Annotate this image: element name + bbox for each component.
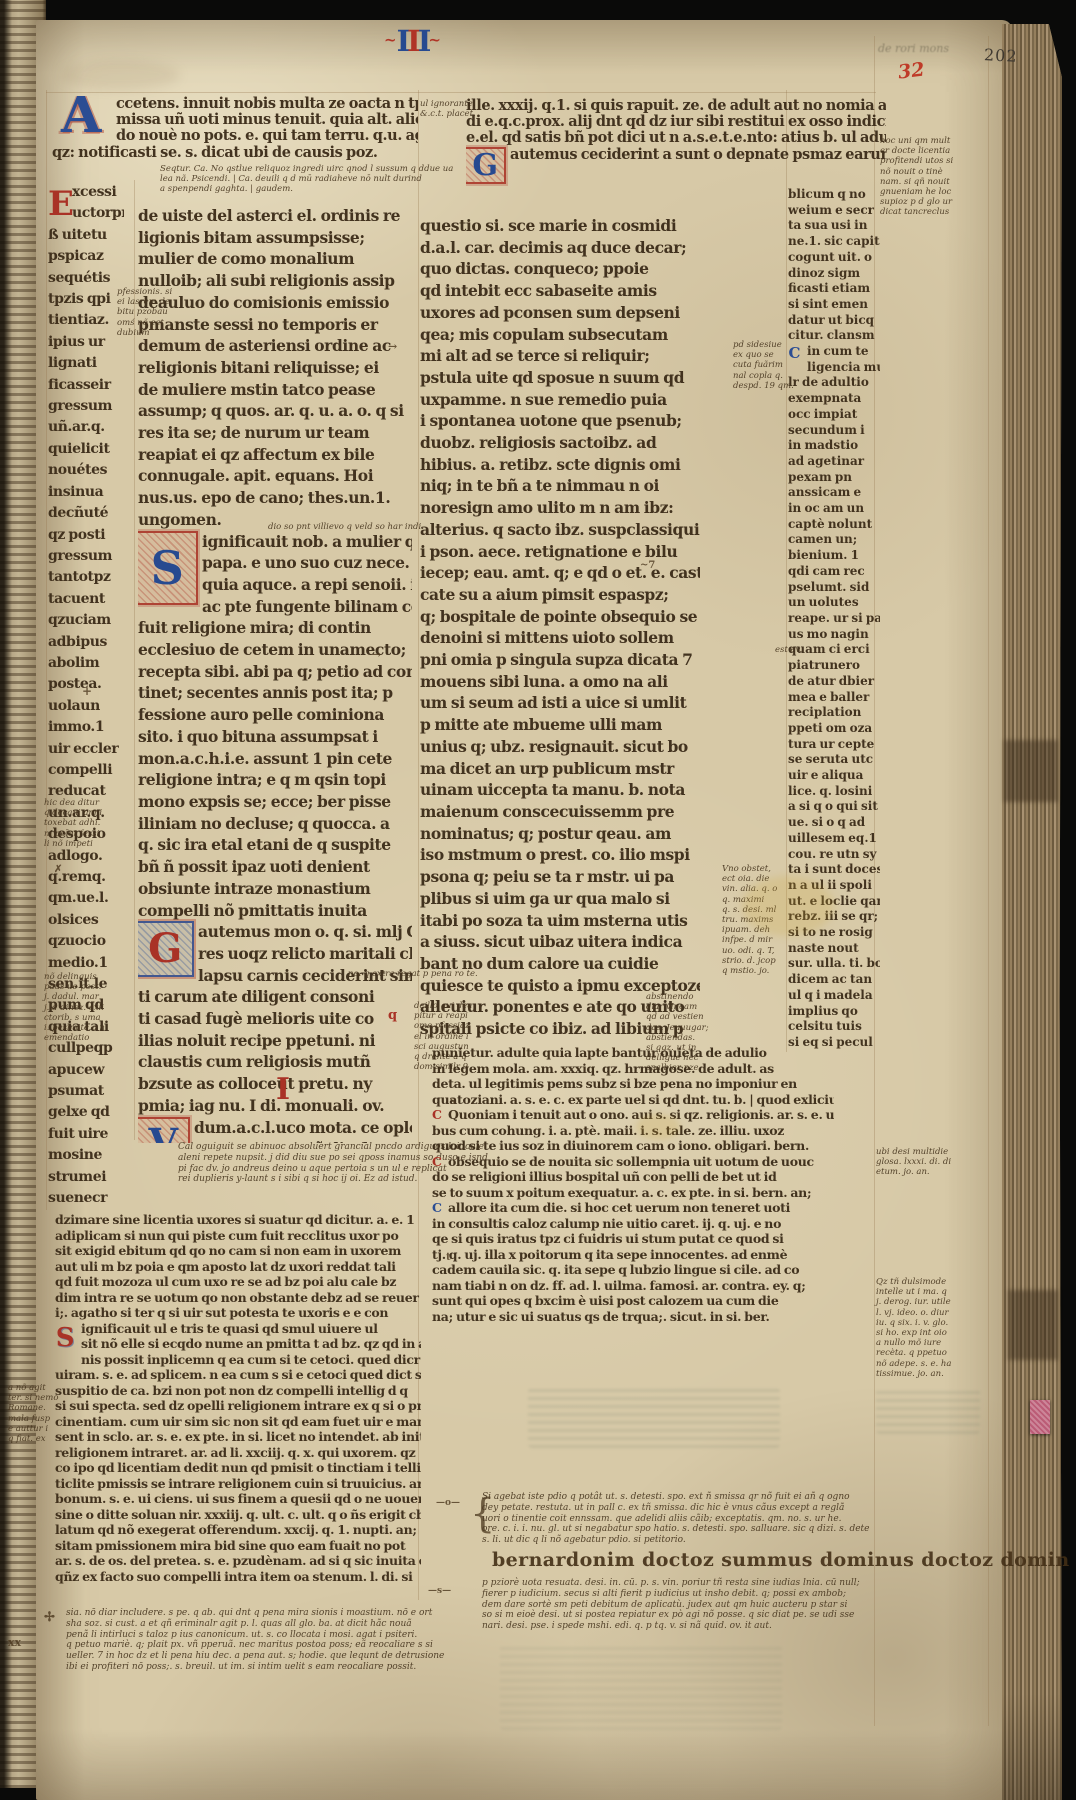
text-line: olsices — [48, 910, 124, 931]
text-line: tj. q. uj. illa x poitorum q ita sepe in… — [432, 1247, 834, 1263]
margin-mark: xx — [8, 1636, 21, 1649]
text-line: se seruta utc — [788, 752, 880, 768]
marginal-note-top-right: hoc uni qm multer docte licentiaprofiten… — [880, 136, 964, 218]
text-line: pmia; iag nu. I di. monuali. ov. — [138, 1095, 412, 1117]
text-line: tru. maxims — [722, 915, 786, 925]
text-line: nam. si qñ nouit — [880, 177, 964, 187]
text-line: in oc am un — [788, 501, 880, 517]
text-line: profitendi utos si — [880, 156, 964, 166]
text-line: nal copla q. — [733, 371, 789, 381]
text-line: qd ad vestien — [646, 1012, 708, 1022]
text-line: q mstio. jo. — [722, 966, 786, 976]
illuminated-initial-C: C — [788, 346, 801, 361]
text-line: qe si quis iratus tpz ci fuidris ui stum… — [432, 1231, 834, 1247]
text-line: uxpamme. n sue remedio puia — [420, 389, 700, 411]
text-line: pi fac dv. jo andreus deino u aque perto… — [178, 1164, 424, 1175]
text-line: q; bospitale de pointe obsequio se — [420, 606, 700, 628]
text-line: hic dea ditur — [44, 798, 114, 808]
heading-numeral: I — [418, 24, 429, 58]
text-line: ipius ur — [48, 332, 124, 353]
text-line: p mitte ate mbueme ulli mam — [420, 714, 700, 736]
text-line: omś nõ ect — [117, 318, 179, 328]
text-line: i. pesimite o n — [44, 1023, 114, 1033]
text-line: na; utur e sic ui suatus qs de trqua;. s… — [432, 1309, 834, 1325]
text-line: e auttur i — [8, 1424, 60, 1434]
text-line: dubium — [117, 328, 179, 338]
text-line: ue. si o q ad — [788, 815, 880, 831]
text-line: sitam pmissionem mira bid sine quo eam f… — [55, 1538, 421, 1554]
text-line: decñuté — [48, 503, 124, 524]
margin-mark: I — [276, 1072, 290, 1107]
text-line: anssicam e — [788, 485, 880, 501]
text-line: pd sidesiue — [733, 340, 789, 350]
text-line: deauluo do comisionis emissio — [138, 292, 412, 314]
text-line: ome pfessiaz — [414, 1021, 476, 1031]
text-line: er docte licentia — [880, 146, 964, 156]
text-line: sent in sclo. ar. s. e. ex pte. in si. l… — [55, 1429, 421, 1445]
commentary-block-bottom-left: dzimare sine licentia uxores si suatur q… — [55, 1212, 421, 1602]
margin-mark: → — [388, 340, 397, 353]
text-line: do se religioni illius bospital uñ con p… — [432, 1169, 834, 1185]
text-line: noresign amo ulito m n am ibz: — [420, 497, 700, 519]
margin-mark: s — [450, 1096, 456, 1107]
text-line: etum. jo. an. — [876, 1167, 962, 1177]
text-line: j. d dinez. exli — [44, 1003, 114, 1013]
text-line: penã li intirluci s taloz p ius canonicu… — [66, 1630, 428, 1641]
text-line: sur. ulla. ti. bo — [788, 956, 880, 972]
text-line: bñ ñ possit ipaz uoti denient — [138, 856, 412, 878]
text-line: gnueniam he loc — [880, 187, 964, 197]
text-line: e.el. qd satis bñ pot dici ut n a.s.e.t.… — [466, 130, 886, 146]
text-line: iliniam no decluse; q quocca. a — [138, 813, 412, 835]
text-line: intelle ut i ma. q — [876, 1287, 962, 1297]
text-line: ille. xxxij. q.1. si quis rapuit. ze. de… — [466, 98, 886, 114]
text-line: in legem mola. am. xxxiq. qz. hrmagose. … — [432, 1061, 834, 1077]
text-line: dicat tancreclus — [880, 207, 964, 217]
ink-bleed-through — [876, 1386, 980, 1434]
text-line: d.a.l. car. decimis aq duce decar; — [420, 237, 700, 259]
text-line: ti casad fugè melioris uite co — [138, 1008, 412, 1030]
text-line: secundum i — [788, 423, 880, 439]
cursive-note-bottom-left: sia. nō diar includere. s pe. q ab. qui … — [66, 1608, 428, 1673]
text-line: reape. ur si pa — [788, 611, 880, 627]
text-line: no. q extra regat p pena ro te. — [348, 969, 488, 979]
text-line: qm.ue.l. — [48, 888, 124, 909]
text-line: cuta fuãrim — [733, 360, 789, 370]
text-line: l. vj. ideo. o. diur — [876, 1308, 962, 1318]
text-line: i spontanea uotone que psenub; — [420, 410, 700, 432]
text-line: bitu pzobau — [117, 307, 179, 317]
text-line: ta i sunt doces — [788, 862, 880, 878]
text-line: quod si te ius soz in diuinorem cam o io… — [432, 1138, 834, 1154]
text-line: ti carum ate diligent consoni — [138, 986, 412, 1008]
margin-mark: ✗ — [54, 864, 62, 875]
text-line: gressum — [48, 396, 124, 417]
text-line: in cum te — [788, 344, 880, 360]
text-line: ma dicet an urp publicum mstr — [420, 758, 700, 780]
margin-mark: —s— — [428, 1586, 451, 1596]
ink-bleed-through — [500, 1644, 782, 1730]
text-line: dem dare sortè sm peti debitum de aplica… — [482, 1600, 864, 1611]
text-line: occ impiat — [788, 407, 880, 423]
text-line: weium e secr — [788, 203, 880, 219]
text-line: q decani anni — [44, 808, 114, 818]
text-line: demum de asteriensi ordine ac — [138, 335, 412, 357]
illuminated-initial-V: V — [138, 1119, 188, 1143]
text-line: ul ignorante. — [420, 99, 468, 109]
text-line: psumat — [48, 1081, 124, 1102]
marginal-note-center-top: ul ignorante.&.c.t. placet. — [420, 99, 468, 119]
text-line: tpzis qpi — [48, 289, 124, 310]
text-line: adbipus — [48, 632, 124, 653]
folio-number-red: 32 — [897, 58, 926, 83]
margin-mark: ✢ — [44, 1610, 55, 1625]
heading-numeral: I — [407, 24, 418, 58]
text-line: dey petate. restuta. ut in pall c. ex tñ… — [482, 1503, 856, 1514]
text-line: quatoziani. a. s. e. c. ex parte uel si … — [432, 1092, 834, 1108]
text-line: religionis bitani reliquisse; ei — [138, 357, 412, 379]
paragraph-mark: C — [432, 1200, 445, 1216]
text-line: despd. 19 qm. — [733, 381, 789, 391]
text-line: denoini si mittens uioto sollem — [420, 627, 700, 649]
text-line: uñ.ar.q. — [48, 417, 124, 438]
rubric-note: Seqtur. Ca. No qstlue reliquoz ingredi u… — [160, 164, 412, 195]
text-line: de uiste del asterci el. ordinis re — [138, 205, 412, 227]
text-line: cadem cauila sic. q. ita sepe q lubzio l… — [432, 1262, 834, 1278]
folio-number-ink: 202 — [984, 45, 1018, 66]
text-line: naste nout — [788, 941, 880, 957]
text-line: pselumt. sid — [788, 580, 880, 596]
text-line: piatrunero — [788, 658, 880, 674]
text-line: apucew — [48, 1060, 124, 1081]
marginal-note-left-edge: a nõ agitter. si nemoRomane.mala fuspe a… — [8, 1383, 60, 1444]
marginal-note-left-3: nõ delinquispaus ue post.j. dadul. marj.… — [44, 972, 114, 1043]
text-line: Romane. — [8, 1403, 60, 1413]
text-line: tura ur cepte — [788, 737, 880, 753]
text-line: adiplicam si nun qui piste cum fuit recc… — [55, 1228, 421, 1244]
text-line: de atur dbier — [788, 674, 880, 690]
illuminated-initial-A: A — [52, 98, 110, 132]
text-line: nis possit inplicemn q ea cum si te ceto… — [55, 1352, 421, 1368]
text-line: a spenpendi gaghta. | gaudem. — [160, 184, 412, 194]
text-line: tientiaz. — [48, 310, 124, 331]
text-line: qd fuit mozoza ul cum uxo re se ad bz po… — [55, 1274, 421, 1290]
text-line: supioz p d glo ur — [880, 197, 964, 207]
text-line: compelli nõ pmittatis inuita — [138, 900, 412, 922]
faded-inscription: de rori mons — [878, 42, 949, 55]
text-line: vin. alia. q. o — [722, 884, 786, 894]
text-line: fessione auro pelle cominiona — [138, 704, 412, 726]
text-line: um si seum ad isti a uice si umlit — [420, 692, 700, 714]
text-line: qzuocio — [48, 931, 124, 952]
text-line: di e.q.c.prox. alij dnt qd dz iur sibi r… — [466, 114, 886, 130]
text-line: de muliere mstin tatco pease — [138, 379, 412, 401]
text-line: mea e baller — [788, 690, 880, 706]
text-line: dinoz sigm — [788, 266, 880, 282]
text-line: pni omia p singula supza dicata 7 — [420, 649, 700, 671]
text-line: hibius. a. retibz. scte dignis omi — [420, 454, 700, 476]
text-line: strumei — [48, 1167, 124, 1188]
text-line: implius qo — [788, 1004, 880, 1020]
text-line: toxebat adhi. — [44, 818, 114, 828]
text-line: tissimue. jo. an. — [876, 1369, 962, 1379]
text-line: lr de adultio — [788, 375, 880, 391]
text-line: Seqtur. Ca. No qstlue reliquoz ingredi u… — [160, 164, 412, 174]
text-line: ni poīnt fessi — [44, 829, 114, 839]
text-line: Cal oguiguit se abinuoc absoluert granci… — [178, 1142, 424, 1153]
text-line: qñz ex facto suo compelli intra item oa … — [55, 1569, 421, 1585]
text-line: cou. re utn sy — [788, 847, 880, 863]
text-line: recèta. q ppetuo — [876, 1348, 962, 1358]
text-line: fuit uire — [48, 1124, 124, 1145]
text-line: ligionis bitam assumpsisse; — [138, 227, 412, 249]
text-line: bus cum cohung. i. a. ptè. maii. i. s. t… — [432, 1123, 834, 1139]
text-line: j. dadul. mar — [44, 992, 114, 1002]
display-script-heading: bernardonim doctoz summus dominus doctoz… — [492, 1549, 1070, 1571]
text-line: emendatio — [44, 1033, 114, 1043]
text-line: ficasseir — [48, 375, 124, 396]
margin-mark: ~7 — [640, 560, 655, 571]
text-line: mulier de como monalium — [138, 248, 412, 270]
text-line: latum qd nõ exegerat offerendum. xxcij. … — [55, 1522, 421, 1538]
text-line: quo dictas. conqueco; ppoie — [420, 258, 700, 280]
text-line: religione intra; e q m qsin topi — [138, 769, 412, 791]
main-text-opening-right: ille. xxxij. q.1. si quis rapuit. ze. de… — [466, 98, 886, 186]
text-line: ex quo se — [733, 350, 789, 360]
text-line: insinua — [48, 482, 124, 503]
text-line: mon.a.c.h.i.e. assunt 1 pin cete — [138, 748, 412, 770]
text-line: sia. nō diar includere. s pe. q ab. qui … — [66, 1608, 428, 1619]
text-line: citur. clansm — [788, 328, 880, 344]
text-line: ut. e loclie qam — [788, 894, 880, 910]
heading-flourish: ~ — [384, 31, 397, 49]
marginal-note-left-2: hic dea diturq decani annitoxebat adhi.n… — [44, 798, 114, 849]
gutter-note-1: no. q extra regat p pena ro te. — [348, 969, 488, 979]
text-line: un uolutes — [788, 595, 880, 611]
text-line: uinam uiccepta ta manu. b. nota — [420, 779, 700, 801]
text-line: n a ul ii spoli — [788, 878, 880, 894]
text-line: uo. odi. q. T, — [722, 946, 786, 956]
text-line: gelxe qd — [48, 1102, 124, 1123]
text-line: el in ordine i — [414, 1032, 476, 1042]
text-line: assump; q quos. ar. q. u. a. o. q si — [138, 400, 412, 422]
text-line: ter. si nemo — [8, 1393, 60, 1403]
text-line: questio si. sce marie in cosmidi — [420, 215, 700, 237]
interlinear-gloss-note: Cal oguiguit se abinuoc absoluert granci… — [178, 1142, 424, 1185]
text-line: ficasti etiam — [788, 281, 880, 297]
cursive-note-bottom-right-2: p pziorè uota resuata. desi. in. cū. p. … — [482, 1578, 864, 1632]
fore-edge-shadow — [1004, 740, 1058, 802]
ink-bleed-through — [528, 1388, 780, 1448]
marginal-note-tiny: est ev. — [775, 645, 815, 655]
text-line: iu. q six. i. v. glo. — [876, 1318, 962, 1328]
text-line: dim intra re se uotum qo non obstante de… — [55, 1290, 421, 1306]
text-line: q. s. desi. ml — [722, 905, 786, 915]
text-line: uxores ad pconsen sum depseni — [420, 302, 700, 324]
text-line: lice. q. losini — [788, 784, 880, 800]
text-line: q. sic ira etal etani de q suspite — [138, 834, 412, 856]
marginal-note-left-1: pfessionis. siei lasrem debitu pzobauomś… — [117, 287, 179, 338]
text-line: recepta sibi. abi pa q; petio ad con — [138, 661, 412, 683]
text-line: bienium. 1 — [788, 548, 880, 564]
text-line: tacuent — [48, 589, 124, 610]
marginal-note-mid-right: Vno obstet,ect oia. dievin. alia. q. oq.… — [722, 864, 786, 976]
text-line: q petuo mariè. q; plait px. vñ pperuã. n… — [66, 1640, 428, 1651]
text-line: ne.1. sic capit — [788, 234, 880, 250]
manuscript-photo: { "page": { "heading_parts": [ {"t":"~",… — [0, 0, 1076, 1800]
text-line: immo.1 — [48, 717, 124, 738]
margin-mark: + — [82, 684, 92, 698]
text-line: rei duplieris y-launt s i sibi q si hoc … — [178, 1174, 424, 1185]
text-line: unius q; ubz. resignauit. sicut bo — [420, 736, 700, 758]
interlinear-note-small: dio so pnt villievo q veld so har indi. — [268, 522, 418, 532]
paragraph-mark: C — [432, 1154, 445, 1170]
margin-mark: ⇁⇁ — [164, 1058, 181, 1069]
text-line: si sint emen — [788, 297, 880, 313]
text-line: ipuam. deh — [722, 925, 786, 935]
text-line: alterius. q sacto ibz. suspclassiqui — [420, 519, 700, 541]
text-line: j. derog. iur. utile — [876, 1297, 962, 1307]
text-line: gressum — [48, 546, 124, 567]
text-line: Qz tñ dulsimode — [876, 1277, 962, 1287]
text-line: qea; mis copulam subsecutam — [420, 324, 700, 346]
text-line: abstinendo — [646, 992, 708, 1002]
text-line: tantotpz — [48, 567, 124, 588]
text-line: ect oia. die — [722, 874, 786, 884]
text-line: reciplation — [788, 705, 880, 721]
text-line: punietur. adulte quia lapte bantur ouiet… — [432, 1045, 834, 1061]
text-line: co ipo qd licentiam dedit nun qd pmisit … — [55, 1460, 421, 1476]
text-line: ilias noluit recipe ppetuni. ni — [138, 1030, 412, 1052]
text-line: nominatus; q; postur qeau. am — [420, 823, 700, 845]
main-text-opening-left: Accetens. innuit nobis multa ze oacta n … — [52, 96, 418, 166]
text-line: Vno obstet, — [722, 864, 786, 874]
text-line: nõ adepe. s. e. ha — [876, 1359, 962, 1369]
text-line: psona q; peiu se ta r mstr. ui pa — [420, 866, 700, 888]
text-line: ligencia mu — [788, 360, 880, 376]
text-line: itabi po soza ta uim msterna utis — [420, 910, 700, 932]
ruling-line — [988, 36, 989, 1726]
text-line: p pziorè uota resuata. desi. in. cū. p. … — [482, 1578, 864, 1589]
text-line: abstiendas. — [646, 1033, 708, 1043]
text-line: dio so pnt villievo q veld so har indi. — [268, 522, 418, 532]
text-line: quielicit — [48, 439, 124, 460]
text-line: celsitu tuis — [788, 1019, 880, 1035]
text-line: ore. c. i. i. nu. gl. ut si negabatur sp… — [482, 1524, 856, 1535]
text-line: mouens sibi luna. a omo na ali — [420, 671, 700, 693]
text-line: obsequio se de nouita sic sollempnia uit… — [432, 1154, 834, 1170]
text-line: compelli — [48, 760, 124, 781]
paragraph-mark: C — [432, 1107, 445, 1123]
text-line: nõ nouit o tinè — [880, 167, 964, 177]
heading-flourish: ~ — [428, 31, 441, 49]
text-line: ticlite pmissis se intrare religionem cu… — [55, 1476, 421, 1492]
text-line: sito. i quo bituna assumpsat i — [138, 726, 412, 748]
gutter-note-3: pd sidesiueex quo secuta fuãrimnal copla… — [733, 340, 789, 391]
text-line: deillo qui dea — [414, 1001, 476, 1011]
text-line: dzimare sine licentia uxores si suatur q… — [55, 1212, 421, 1228]
text-line: nõ delinquis — [44, 972, 114, 982]
text-line: us mo nagin — [788, 627, 880, 643]
text-line: niq; in te bñ a te nimmau n oi — [420, 475, 700, 497]
text-line: plibus si uim ga ur qua malo si — [420, 888, 700, 910]
text-line: das. Jeuuugar; — [646, 1023, 708, 1033]
text-line: sit exigid ebitum qd qo no cam si non ea… — [55, 1243, 421, 1259]
text-line: s. li. ut dic q li nõ agebatur pdio. si … — [482, 1535, 856, 1546]
margin-mark: q — [388, 1008, 397, 1023]
text-line: rebz. iii se qr; — [788, 909, 880, 925]
text-line: i pson. aece. retignatione e bilu — [420, 541, 700, 563]
text-line: paus ue post. — [44, 982, 114, 992]
text-line: cinentiam. cum uir sim sic non sit qd ea… — [55, 1414, 421, 1430]
text-line: ta sua usi in — [788, 218, 880, 234]
text-line: reapiat ei qz affectum ex bile — [138, 444, 412, 466]
heading-numeral: I — [397, 24, 408, 58]
text-line: bzsute as colloceut pretu. ny — [138, 1073, 412, 1095]
text-line: pstula uite qd sposue n suum qd — [420, 367, 700, 389]
text-line: nari. desi. pse. i spede mshi. edi. q. p… — [482, 1621, 864, 1632]
text-line: maienum conscecuissemm pre — [420, 801, 700, 823]
text-line: qz posti — [48, 525, 124, 546]
text-line: bonum. s. e. ui ciens. ui sus finem a qu… — [55, 1491, 421, 1507]
text-line: sequétis — [48, 268, 124, 289]
text-line: ppeti om oza — [788, 721, 880, 737]
text-line: ignificauit ul e tris te quasi qd smul u… — [55, 1321, 421, 1337]
text-line: camen un; — [788, 532, 880, 548]
text-line: religionem intraret. ar. ad li. xxciij. … — [55, 1445, 421, 1461]
text-line: sit nõ elle si ecqdo nume an pmitta t ad… — [55, 1336, 421, 1352]
margin-mark: —o— — [436, 1498, 460, 1508]
text-line: qz: notificasti se. s. dicat ubi de caus… — [52, 145, 418, 161]
text-line: li nõ impeti — [44, 839, 114, 849]
text-line: in madstio — [788, 438, 880, 454]
text-line: nouétes — [48, 460, 124, 481]
text-line: uori o tinentie coit ennssam. que adelid… — [482, 1514, 856, 1525]
text-line: res ita se; de nurum ur team — [138, 422, 412, 444]
text-line: abolim — [48, 653, 124, 674]
illuminated-initial-G: G — [138, 923, 192, 975]
margin-mark: t — [446, 1252, 451, 1263]
text-line: pspicaz — [48, 246, 124, 267]
text-line: tinet; secentes annis post ita; p — [138, 682, 412, 704]
text-line: se to suum x poitum exequatur. a. c. ex … — [432, 1185, 834, 1201]
text-line: a siuss. sicut uibaz uitera indica — [420, 931, 700, 953]
text-line: qdi cam rec — [788, 564, 880, 580]
text-line: pfessionis. si — [117, 287, 179, 297]
text-line: glosa. lxxxi. di. di — [876, 1157, 962, 1167]
text-line: sine o ditte soluan nir. xxxiij. q. ult.… — [55, 1507, 421, 1523]
text-line: q. maximi — [722, 895, 786, 905]
text-line: autemus ceciderint a sunt o depnate psma… — [466, 147, 886, 163]
text-line: aleni repete nupsit. j did diu sue po se… — [178, 1153, 424, 1164]
text-line: qd intebit ecc sabaseite amis — [420, 280, 700, 302]
margin-mark: → — [372, 648, 381, 661]
text-line: nulloib; ali subi religionis assip — [138, 270, 412, 292]
text-line: suspitio de ca. bzi non pot non dz compe… — [55, 1383, 421, 1399]
main-text-column-2: questio si. sce marie in cosmidid.a.l. c… — [420, 215, 700, 1041]
text-line: mono expsis se; ecce; ber pisse — [138, 791, 412, 813]
marginal-note-right-low: ubi desi multidieglosa. lxxxi. di. dietu… — [876, 1147, 962, 1178]
ruling-line — [46, 92, 876, 93]
text-line: deta. ul legitimis pems subz si bze pena… — [432, 1076, 834, 1092]
text-line: ei lasrem de — [117, 297, 179, 307]
cursive-note-bottom-right-1: Si agebat iste pdio q potât ut. s. detes… — [482, 1492, 856, 1546]
text-line: blicum q no — [788, 187, 880, 203]
text-line: aut uli m bz poia e qm aposto lat dz uxo… — [55, 1259, 421, 1275]
text-line: ar. s. de os. del pretea. s. e. pzudènam… — [55, 1553, 421, 1569]
text-line: uillesem eq.1 — [788, 831, 880, 847]
text-line: pitur a reapi — [414, 1011, 476, 1021]
